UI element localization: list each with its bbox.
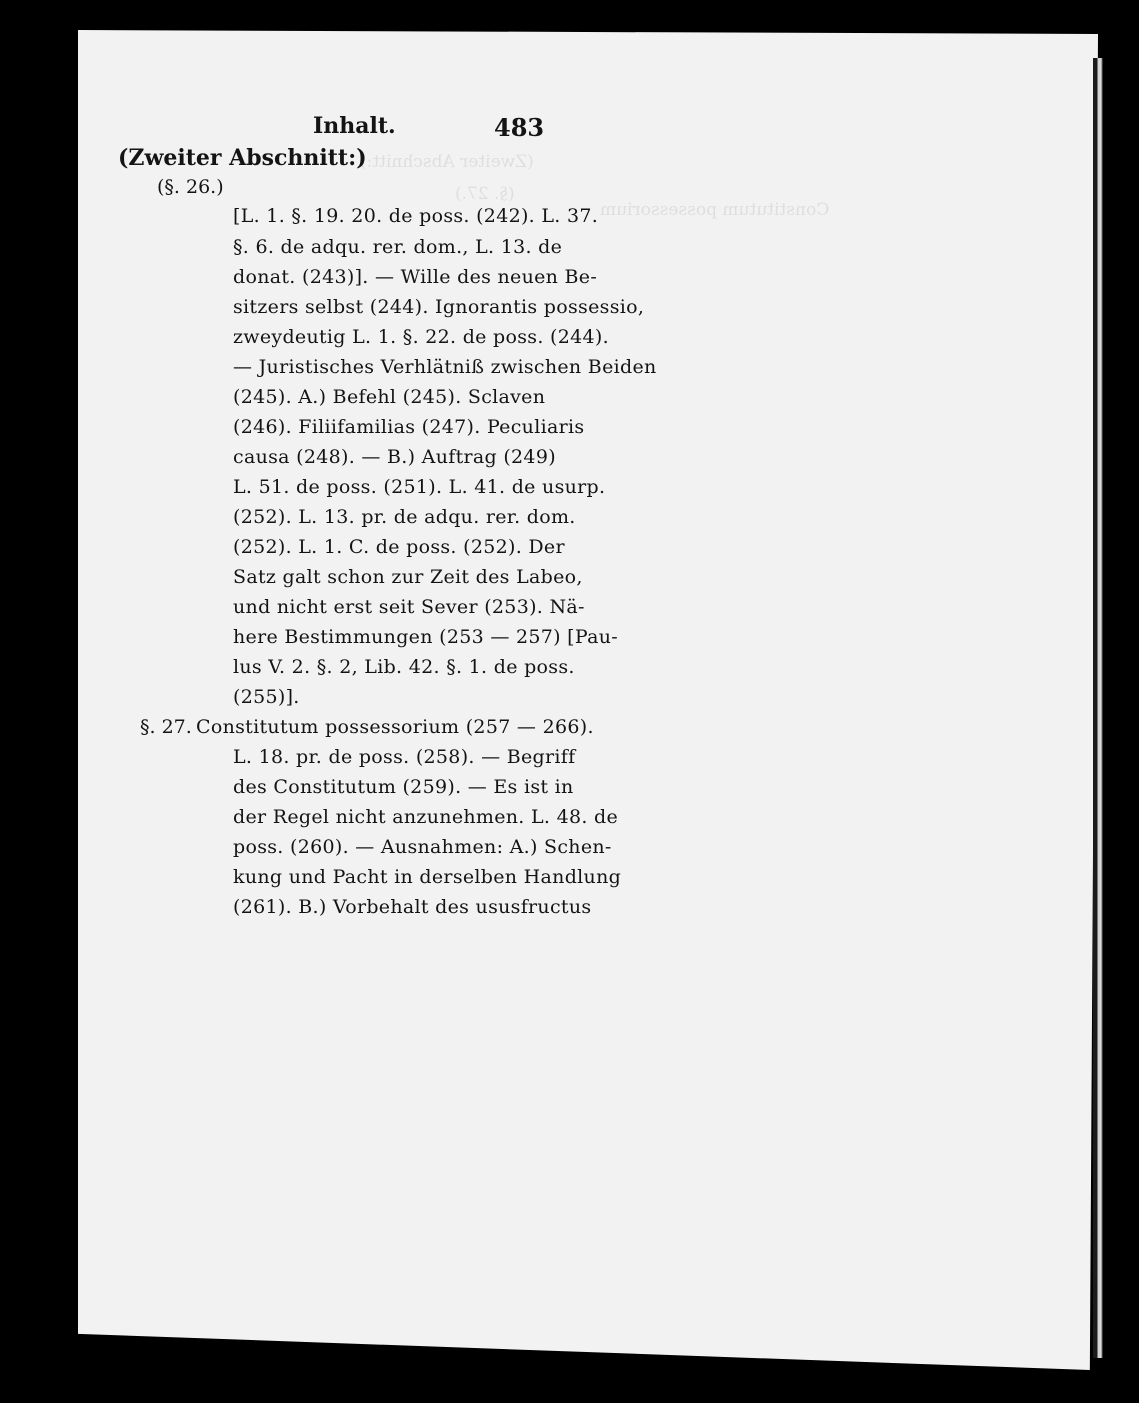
text-line: (252). L. 13. pr. de adqu. rer. dom. (233, 506, 576, 528)
text-line: (252). L. 1. C. de poss. (252). Der (233, 536, 565, 558)
text-line: Constitutum possessorium (257 — 266). (196, 716, 594, 738)
text-line: sitzers selbst (244). Ignorantis possess… (233, 296, 644, 318)
bleed-through-text: Constitutum possessorium (600, 200, 829, 220)
paragraph-number: §. 27. (140, 716, 192, 738)
text-line: und nicht erst seit Sever (253). Nä- (233, 596, 585, 618)
text-line: causa (248). — B.) Auftrag (249) (233, 446, 556, 468)
bleed-through-text: (Zweiter Abschnitt:) (360, 152, 534, 172)
text-line: lus V. 2. §. 2, Lib. 42. §. 1. de poss. (233, 656, 575, 678)
text-line: des Constitutum (259). — Es ist in (233, 776, 574, 798)
text-line: [L. 1. §. 19. 20. de poss. (242). L. 37. (233, 205, 598, 227)
text-line: L. 18. pr. de poss. (258). — Begriff (233, 746, 575, 768)
text-line: zweydeutig L. 1. §. 22. de poss. (244). (233, 326, 609, 348)
section-heading: (Zweiter Abschnitt:) (118, 145, 367, 171)
text-line: kung und Pacht in derselben Handlung (233, 866, 621, 888)
text-line: here Bestimmungen (253 — 257) [Pau- (233, 626, 618, 648)
text-line: donat. (243)]. — Wille des neuen Be- (233, 266, 597, 288)
text-line: der Regel nicht anzunehmen. L. 48. de (233, 806, 618, 828)
scanned-page (78, 30, 1098, 1370)
paragraph-reference: (§. 26.) (157, 176, 224, 198)
text-line: (261). B.) Vorbehalt des ususfructus (233, 896, 591, 918)
text-line: Satz galt schon zur Zeit des Labeo, (233, 566, 583, 588)
text-line: (246). Filiifamilias (247). Peculiaris (233, 416, 584, 438)
bleed-through-text: (§. 27.) (455, 184, 515, 204)
page-number: 483 (494, 113, 544, 142)
text-line: — Juristisches Verhlätniß zwischen Beide… (233, 356, 657, 378)
text-line: (255)]. (233, 686, 300, 708)
text-line: poss. (260). — Ausnahmen: A.) Schen- (233, 836, 612, 858)
text-line: §. 6. de adqu. rer. dom., L. 13. de (233, 236, 562, 258)
page-binding-edge (1093, 58, 1105, 1358)
text-line: L. 51. de poss. (251). L. 41. de usurp. (233, 476, 605, 498)
text-line: (245). A.) Befehl (245). Sclaven (233, 386, 545, 408)
running-header-title: Inhalt. (313, 113, 396, 139)
